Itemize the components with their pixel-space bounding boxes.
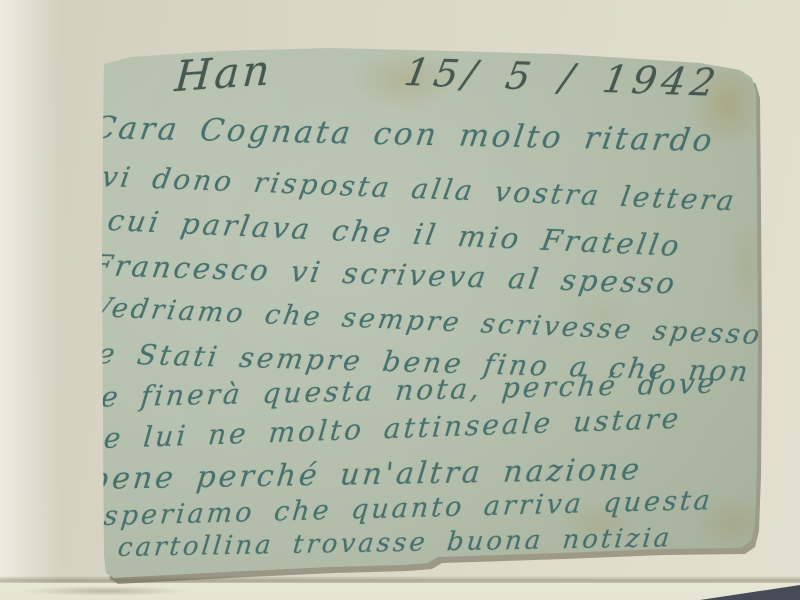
photo-scene: Han 15/ 5 / 1942 Cara Cognata con molto … bbox=[0, 0, 800, 600]
mat-left-edge-highlight bbox=[0, 0, 60, 600]
mat-bottom-smudge bbox=[20, 586, 190, 596]
postcard: Han 15/ 5 / 1942 Cara Cognata con molto … bbox=[0, 0, 800, 600]
postcard-place-heading: Han bbox=[173, 45, 274, 101]
